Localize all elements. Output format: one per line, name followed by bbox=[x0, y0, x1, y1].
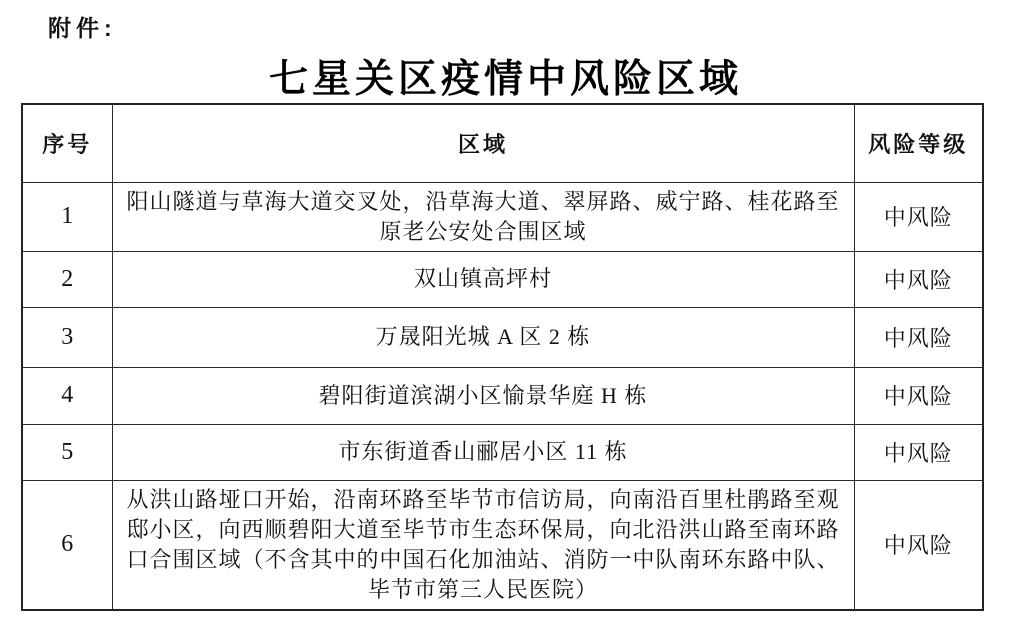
table-row: 5 市东街道香山郦居小区 11 栋 中风险 bbox=[22, 424, 983, 480]
cell-risk: 中风险 bbox=[854, 367, 983, 424]
table-row: 1 阳山隧道与草海大道交叉处，沿草海大道、翠屏路、威宁路、桂花路至原老公安处合围… bbox=[22, 182, 983, 251]
risk-area-table: 序号 区域 风险等级 1 阳山隧道与草海大道交叉处，沿草海大道、翠屏路、威宁路、… bbox=[21, 103, 984, 611]
cell-risk: 中风险 bbox=[854, 424, 983, 480]
table-header-row: 序号 区域 风险等级 bbox=[22, 104, 983, 182]
cell-area: 碧阳街道滨湖小区愉景华庭 H 栋 bbox=[112, 367, 854, 424]
cell-risk: 中风险 bbox=[854, 480, 983, 610]
cell-area: 从洪山路垭口开始，沿南环路至毕节市信访局，向南沿百里杜鹃路至观邸小区，向西顺碧阳… bbox=[112, 480, 854, 610]
cell-serial: 2 bbox=[22, 251, 112, 307]
cell-risk: 中风险 bbox=[854, 182, 983, 251]
cell-area: 双山镇高坪村 bbox=[112, 251, 854, 307]
cell-serial: 6 bbox=[22, 480, 112, 610]
cell-risk: 中风险 bbox=[854, 307, 983, 367]
cell-serial: 4 bbox=[22, 367, 112, 424]
attachment-label: 附件: bbox=[48, 10, 117, 43]
page-title: 七星关区疫情中风险区域 bbox=[0, 48, 1011, 104]
cell-serial: 5 bbox=[22, 424, 112, 480]
header-cell-area: 区域 bbox=[112, 104, 854, 182]
cell-risk: 中风险 bbox=[854, 251, 983, 307]
table-row: 2 双山镇高坪村 中风险 bbox=[22, 251, 983, 307]
cell-serial: 1 bbox=[22, 182, 112, 251]
table-row: 4 碧阳街道滨湖小区愉景华庭 H 栋 中风险 bbox=[22, 367, 983, 424]
cell-area: 市东街道香山郦居小区 11 栋 bbox=[112, 424, 854, 480]
table-row: 6 从洪山路垭口开始，沿南环路至毕节市信访局，向南沿百里杜鹃路至观邸小区，向西顺… bbox=[22, 480, 983, 610]
table-row: 3 万晟阳光城 A 区 2 栋 中风险 bbox=[22, 307, 983, 367]
header-cell-serial: 序号 bbox=[22, 104, 112, 182]
cell-serial: 3 bbox=[22, 307, 112, 367]
cell-area: 万晟阳光城 A 区 2 栋 bbox=[112, 307, 854, 367]
cell-area: 阳山隧道与草海大道交叉处，沿草海大道、翠屏路、威宁路、桂花路至原老公安处合围区域 bbox=[112, 182, 854, 251]
header-cell-risk: 风险等级 bbox=[854, 104, 983, 182]
